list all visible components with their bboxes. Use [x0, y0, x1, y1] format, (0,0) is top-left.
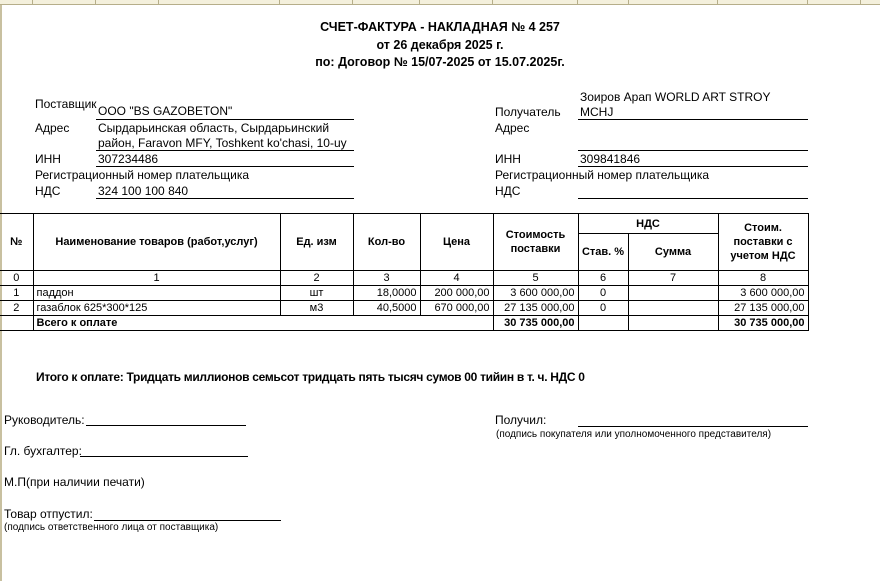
invoice-contract: по: Договор № 15/07-2025 от 15.07.2025г. — [0, 55, 880, 69]
supplier-nds-underline — [96, 198, 354, 199]
recipient-nds-label: НДС — [495, 184, 520, 198]
total-cost: 30 735 000,00 — [493, 316, 578, 331]
ruler-col: 10 — [629, 0, 718, 4]
recipient-inn-label: ИНН — [495, 152, 521, 166]
colnum: 5 — [493, 271, 578, 286]
colnum: 6 — [578, 271, 628, 286]
payment-summary: Итого к оплате: Тридцать миллионов семьс… — [36, 370, 585, 384]
recipient-inn-underline — [578, 166, 808, 167]
supplier-inn-underline — [96, 166, 354, 167]
row-cost: 3 600 000,00 — [493, 286, 578, 301]
accountant-label: Гл. бухгалтер: — [4, 444, 82, 458]
ruler-col: 3 — [96, 0, 159, 4]
supplier-label: Поставщик — [35, 97, 97, 111]
invoice-items-table: № Наименование товаров (работ,услуг) Ед.… — [0, 213, 809, 331]
ruler-col: 1 — [0, 0, 33, 4]
supplier-address-label: Адрес — [35, 121, 69, 135]
recipient-label: Получатель — [495, 105, 561, 119]
row-nds-sum — [628, 301, 718, 316]
received-note: (подпись покупателя или уполномоченного … — [496, 429, 771, 440]
header-nds-rate: Став. % — [578, 234, 628, 271]
row-unit: м3 — [280, 301, 353, 316]
ruler-col: 2 — [33, 0, 96, 4]
supplier-reg-label: Регистрационный номер плательщика — [35, 168, 249, 182]
colnum: 1 — [33, 271, 280, 286]
recipient-name-line1: Зоиров Арап WORLD ART STROY — [580, 90, 770, 104]
header-price: Цена — [420, 214, 493, 271]
ruler-col: 4 — [159, 0, 280, 4]
recipient-inn: 309841846 — [580, 152, 640, 166]
received-label: Получил: — [495, 413, 546, 427]
director-label: Руководитель: — [4, 413, 85, 427]
row-qty: 40,5000 — [353, 301, 420, 316]
header-total-with-nds: Стоим. поставки с учетом НДС — [718, 214, 808, 271]
row-cost: 27 135 000,00 — [493, 301, 578, 316]
header-num: № — [0, 214, 33, 271]
row-price: 670 000,00 — [420, 301, 493, 316]
total-with-nds: 30 735 000,00 — [718, 316, 808, 331]
row-name: паддон — [33, 286, 280, 301]
table-header-row: № Наименование товаров (работ,услуг) Ед.… — [0, 214, 808, 234]
row-nds-rate: 0 — [578, 301, 628, 316]
row-num: 1 — [0, 286, 33, 301]
colnum: 4 — [420, 271, 493, 286]
ruler-col: 9 — [578, 0, 629, 4]
header-qty: Кол-во — [353, 214, 420, 271]
row-total: 3 600 000,00 — [718, 286, 808, 301]
supplier-nds: 324 100 100 840 — [98, 184, 188, 198]
supplier-name-underline — [96, 119, 354, 120]
recipient-address-label: Адрес — [495, 121, 529, 135]
header-unit: Ед. изм — [280, 214, 353, 271]
accountant-signature-line — [80, 456, 248, 457]
recipient-name-underline — [578, 119, 808, 120]
row-nds-sum — [628, 286, 718, 301]
row-nds-rate: 0 — [578, 286, 628, 301]
table-total-row: Всего к оплате 30 735 000,00 30 735 000,… — [0, 316, 808, 331]
supplier-inn-label: ИНН — [35, 152, 61, 166]
row-num: 2 — [0, 301, 33, 316]
ruler-col: 8 — [493, 0, 578, 4]
stamp-label: М.П(при наличии печати) — [4, 475, 145, 489]
row-name: газаблок 625*300*125 — [33, 301, 280, 316]
total-label: Всего к оплате — [33, 316, 493, 331]
ruler-col: 5 — [280, 0, 353, 4]
row-qty: 18,0000 — [353, 286, 420, 301]
colnum: 8 — [718, 271, 808, 286]
header-nds-group: НДС — [578, 214, 718, 234]
recipient-nds-underline — [578, 198, 808, 199]
table-row: 2 газаблок 625*300*125 м3 40,5000 670 00… — [0, 301, 808, 316]
released-note: (подпись ответственного лица от поставщи… — [4, 522, 218, 533]
total-nds-rate — [578, 316, 628, 331]
supplier-name: ООО "BS GAZOBETON" — [98, 104, 232, 118]
supplier-nds-label: НДС — [35, 184, 60, 198]
supplier-inn: 307234486 — [98, 152, 158, 166]
ruler-col: 7 — [420, 0, 493, 4]
invoice-title: СЧЕТ-ФАКТУРА - НАКЛАДНАЯ № 4 257 — [0, 20, 880, 34]
ruler-col: 11 — [718, 0, 808, 4]
released-label: Товар отпустил: — [4, 507, 93, 521]
colnum: 2 — [280, 271, 353, 286]
supplier-address-underline — [96, 150, 354, 151]
released-signature-line — [94, 520, 281, 521]
supplier-address-line2: район, Faravon MFY, Toshkent ko'chasi, 1… — [98, 136, 347, 150]
header-cost: Стоимость поставки — [493, 214, 578, 271]
total-nds-sum — [628, 316, 718, 331]
table-colnum-row: 0 1 2 3 4 5 6 7 8 — [0, 271, 808, 286]
supplier-address-line1: Сырдарьинская область, Сырдарьинский — [98, 121, 329, 135]
ruler-col: 6 — [353, 0, 420, 4]
invoice-date: от 26 декабря 2025 г. — [0, 38, 880, 52]
director-signature-line — [86, 425, 246, 426]
recipient-name-line2: MCHJ — [580, 105, 613, 119]
total-row-num — [0, 316, 33, 331]
recipient-reg-label: Регистрационный номер плательщика — [495, 168, 709, 182]
colnum: 3 — [353, 271, 420, 286]
ruler-col: 12 — [808, 0, 861, 4]
row-price: 200 000,00 — [420, 286, 493, 301]
header-name: Наименование товаров (работ,услуг) — [33, 214, 280, 271]
table-row: 1 паддон шт 18,0000 200 000,00 3 600 000… — [0, 286, 808, 301]
column-ruler: 1 2 3 4 5 6 7 8 9 10 11 12 — [0, 0, 880, 5]
row-total: 27 135 000,00 — [718, 301, 808, 316]
colnum: 7 — [628, 271, 718, 286]
recipient-address-underline — [578, 150, 808, 151]
row-unit: шт — [280, 286, 353, 301]
header-nds-sum: Сумма — [628, 234, 718, 271]
colnum: 0 — [0, 271, 33, 286]
received-signature-line — [578, 426, 808, 427]
